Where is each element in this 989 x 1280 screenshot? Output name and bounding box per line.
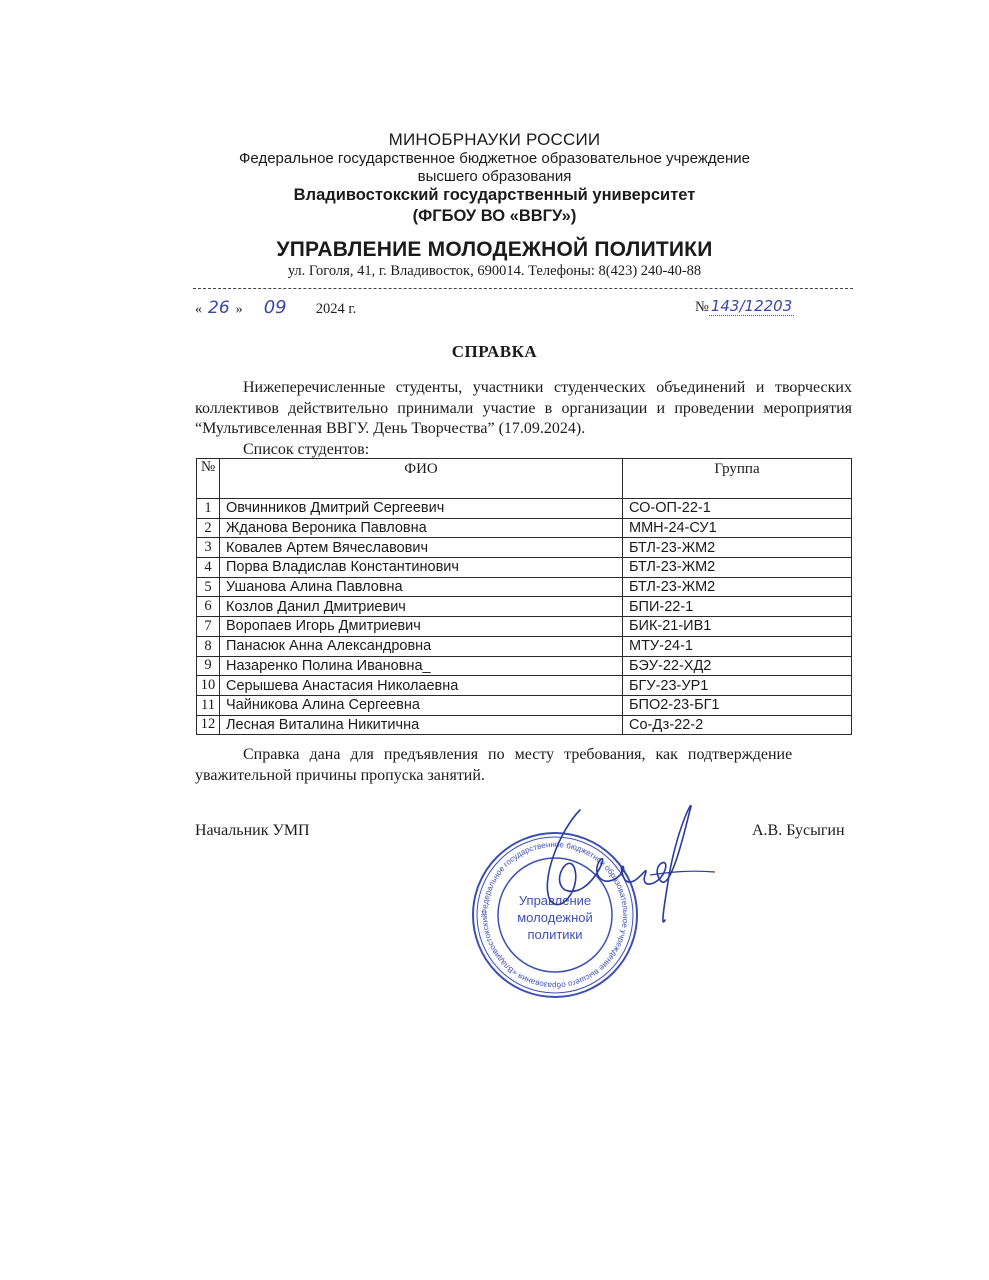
row-group: МТУ-24-1	[623, 636, 852, 656]
row-number: 7	[197, 617, 220, 637]
document-title: СПРАВКА	[0, 342, 989, 362]
row-fio: Воропаев Игорь Дмитриевич	[220, 617, 623, 637]
signer-position: Начальник УМП	[195, 822, 310, 840]
table-header-row: № ФИО Группа	[197, 459, 852, 499]
number-value: 143/12203	[709, 297, 794, 316]
header-number: №	[197, 459, 220, 499]
student-list-label: Список студентов:	[243, 441, 369, 459]
row-number: 4	[197, 558, 220, 578]
table-row: 12Лесная Виталина НикитичнаСо-Дз-22-2	[197, 715, 852, 735]
row-group: БЭУ-22-ХД2	[623, 656, 852, 676]
row-fio: Лесная Виталина Никитична	[220, 715, 623, 735]
university-name: Владивостокский государственный универси…	[0, 186, 989, 205]
date-close-quote: »	[236, 302, 243, 317]
header-group: Группа	[623, 459, 852, 499]
row-fio: Жданова Вероника Павловна	[220, 518, 623, 538]
row-group: БТЛ-23-ЖМ2	[623, 538, 852, 558]
signer-name: А.В. Бусыгин	[752, 822, 845, 840]
row-fio: Чайникова Алина Сергеевна	[220, 695, 623, 715]
row-number: 12	[197, 715, 220, 735]
row-fio: Порва Владислав Константинович	[220, 558, 623, 578]
closing-line1: Справка дана для предъявления по месту т…	[195, 745, 852, 766]
header-divider	[193, 288, 853, 289]
row-fio: Ушанова Алина Павловна	[220, 577, 623, 597]
header-fio: ФИО	[220, 459, 623, 499]
date-open-quote: «	[195, 302, 202, 317]
row-number: 10	[197, 676, 220, 696]
row-group: БПО2-23-БГ1	[623, 695, 852, 715]
row-number: 8	[197, 636, 220, 656]
table-row: 2Жданова Вероника ПавловнаММН-24-СУ1	[197, 518, 852, 538]
row-number: 1	[197, 499, 220, 519]
intro-paragraph: Нижеперечисленные студенты, участники ст…	[195, 378, 852, 440]
date-day: 26	[208, 298, 230, 318]
row-group: БТЛ-23-ЖМ2	[623, 577, 852, 597]
row-group: СО-ОП-22-1	[623, 499, 852, 519]
row-number: 11	[197, 695, 220, 715]
table-row: 1Овчинников Дмитрий СергеевичСО-ОП-22-1	[197, 499, 852, 519]
date-year: 2024 г.	[316, 301, 357, 317]
document-date: «26» 09 2024 г.	[195, 297, 356, 318]
row-fio: Козлов Данил Дмитриевич	[220, 597, 623, 617]
row-fio: Панасюк Анна Александровна	[220, 636, 623, 656]
closing-line2: уважительной причины пропуска занятий.	[195, 766, 852, 787]
table-row: 7Воропаев Игорь ДмитриевичБИК-21-ИВ1	[197, 617, 852, 637]
table-row: 9Назаренко Полина Ивановна_БЭУ-22-ХД2	[197, 656, 852, 676]
row-number: 5	[197, 577, 220, 597]
table-row: 5Ушанова Алина ПавловнаБТЛ-23-ЖМ2	[197, 577, 852, 597]
number-label: №	[695, 299, 709, 315]
table-row: 6Козлов Данил ДмитриевичБПИ-22-1	[197, 597, 852, 617]
table-row: 11Чайникова Алина СергеевнаБПО2-23-БГ1	[197, 695, 852, 715]
row-group: БГУ-23-УР1	[623, 676, 852, 696]
table-row: 4Порва Владислав КонстантиновичБТЛ-23-ЖМ…	[197, 558, 852, 578]
table-row: 3Ковалев Артем ВячеславовичБТЛ-23-ЖМ2	[197, 538, 852, 558]
university-abbreviation: (ФГБОУ ВО «ВВГУ»)	[0, 207, 989, 226]
row-number: 3	[197, 538, 220, 558]
date-month: 09	[264, 297, 287, 318]
institution-type-line1: Федеральное государственное бюджетное об…	[0, 150, 989, 167]
row-fio: Овчинников Дмитрий Сергеевич	[220, 499, 623, 519]
institution-type-line2: высшего образования	[0, 168, 989, 185]
row-fio: Серышева Анастасия Николаевна	[220, 676, 623, 696]
document-number: №143/12203	[695, 297, 794, 316]
row-group: БПИ-22-1	[623, 597, 852, 617]
ministry-name: МИНОБРНАУКИ РОССИИ	[0, 130, 989, 150]
row-number: 2	[197, 518, 220, 538]
table-row: 10Серышева Анастасия НиколаевнаБГУ-23-УР…	[197, 676, 852, 696]
row-group: БИК-21-ИВ1	[623, 617, 852, 637]
row-fio: Ковалев Артем Вячеславович	[220, 538, 623, 558]
handwritten-signature	[520, 790, 720, 940]
row-group: ММН-24-СУ1	[623, 518, 852, 538]
table-row: 8Панасюк Анна АлександровнаМТУ-24-1	[197, 636, 852, 656]
row-group: Со-Дз-22-2	[623, 715, 852, 735]
row-number: 6	[197, 597, 220, 617]
row-fio: Назаренко Полина Ивановна_	[220, 656, 623, 676]
department-address: ул. Гоголя, 41, г. Владивосток, 690014. …	[0, 263, 989, 280]
department-name: УПРАВЛЕНИЕ МОЛОДЕЖНОЙ ПОЛИТИКИ	[0, 238, 989, 262]
row-number: 9	[197, 656, 220, 676]
students-table: № ФИО Группа 1Овчинников Дмитрий Сергеев…	[196, 458, 852, 735]
row-group: БТЛ-23-ЖМ2	[623, 558, 852, 578]
